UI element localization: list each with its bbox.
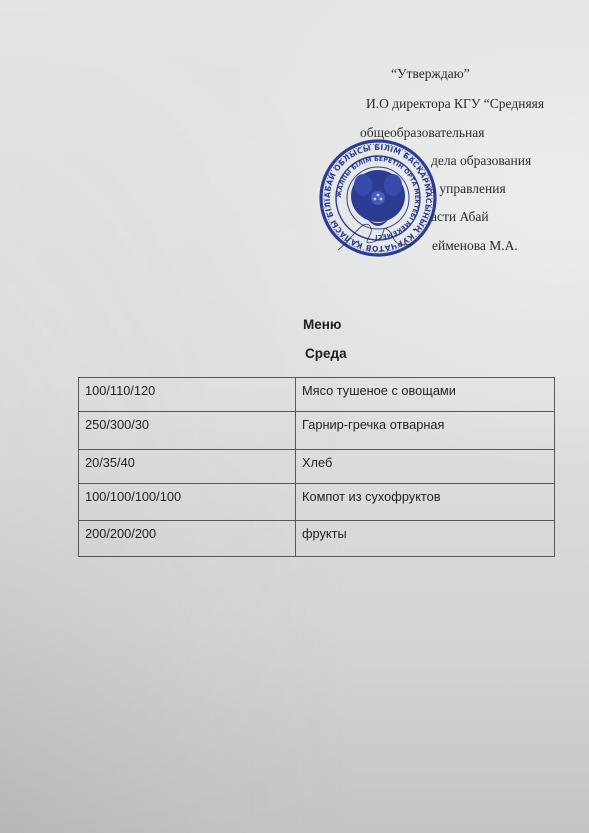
portion-cell: 250/300/30 — [79, 412, 296, 450]
dish-cell: Гарнир-гречка отварная — [296, 412, 555, 450]
table-row: 100/110/120 Мясо тушеное с овощами — [79, 378, 555, 412]
menu-day: Среда — [305, 346, 347, 361]
dish-cell: Хлеб — [296, 450, 555, 484]
approval-admin: а управления — [430, 181, 506, 197]
portion-cell: 200/200/200 — [79, 521, 296, 557]
portion-cell: 100/110/120 — [79, 378, 296, 412]
dish-cell: Мясо тушеное с овощами — [296, 378, 555, 412]
table-row: 250/300/30 Гарнир-гречка отварная — [79, 412, 555, 450]
approval-signatory: ейменова М.А. — [432, 238, 518, 254]
table-row: 200/200/200 фрукты — [79, 521, 555, 557]
approval-position: И.О директора КГУ “Средняяя — [366, 96, 544, 112]
table-row: 20/35/40 Хлеб — [79, 450, 555, 484]
portion-cell: 20/35/40 — [79, 450, 296, 484]
menu-title: Меню — [303, 317, 341, 332]
approval-title: “Утверждаю” — [391, 66, 470, 82]
official-stamp-icon: АБАЙ ОБЛЫСЫ БІЛІМ БАСҚАРМАСЫНЫҢ КУРЧАТОВ… — [318, 138, 438, 258]
approval-region: асти Абай — [431, 209, 489, 225]
dish-cell: фрукты — [296, 521, 555, 557]
portion-cell: 100/100/100/100 — [79, 484, 296, 521]
table-row: 100/100/100/100 Компот из сухофруктов — [79, 484, 555, 521]
dish-cell: Компот из сухофруктов — [296, 484, 555, 521]
menu-table: 100/110/120 Мясо тушеное с овощами 250/3… — [78, 377, 555, 557]
approval-dept: дела образования — [431, 153, 531, 169]
